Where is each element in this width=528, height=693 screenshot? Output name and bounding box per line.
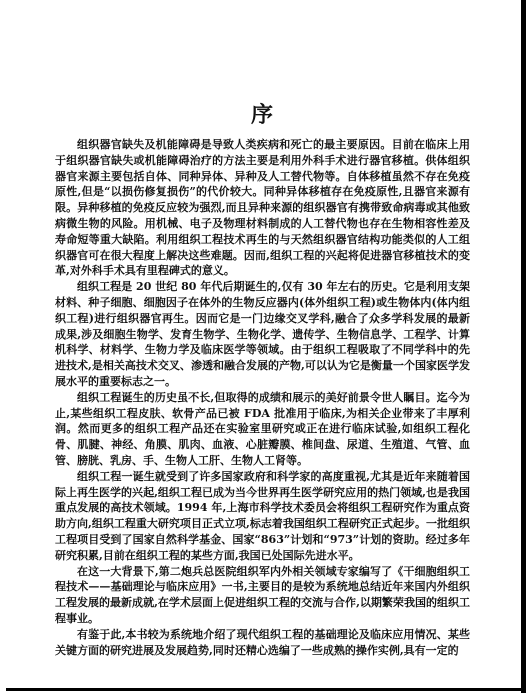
page-title: 序 bbox=[55, 103, 470, 127]
preface-content: 序 组织器官缺失及机能障碍是导致人类疾病和死亡的最主要原因。目前在临床上用于组织… bbox=[55, 103, 470, 658]
paragraph: 有鉴于此,本书较为系统地介绍了现代组织工程的基础理论及临床应用情况、某些关键方面… bbox=[55, 627, 470, 659]
scanned-book-page: 序 组织器官缺失及机能障碍是导致人类疾病和死亡的最主要原因。目前在临床上用于组织… bbox=[0, 0, 528, 693]
scan-edge-bottom bbox=[6, 688, 526, 691]
paragraph: 在这一大背景下,第二炮兵总医院组织军内外相关领域专家编写了《干细胞组织工程技术—… bbox=[55, 564, 470, 627]
scan-edge-right bbox=[521, 0, 526, 693]
paragraph: 组织工程一诞生就受到了许多国家政府和科学家的高度重视,尤其是近年来随着国际上再生… bbox=[55, 469, 470, 564]
paragraph: 组织工程诞生的历史虽不长,但取得的成绩和展示的美好前景令世人瞩目。迄今为止,某些… bbox=[55, 390, 470, 469]
paragraph: 组织工程是 20 世纪 80 年代后期诞生的,仅有 30 年左右的历史。它是利用… bbox=[55, 279, 470, 390]
paragraph: 组织器官缺失及机能障碍是导致人类疾病和死亡的最主要原因。目前在临床上用于组织器官… bbox=[55, 137, 470, 279]
